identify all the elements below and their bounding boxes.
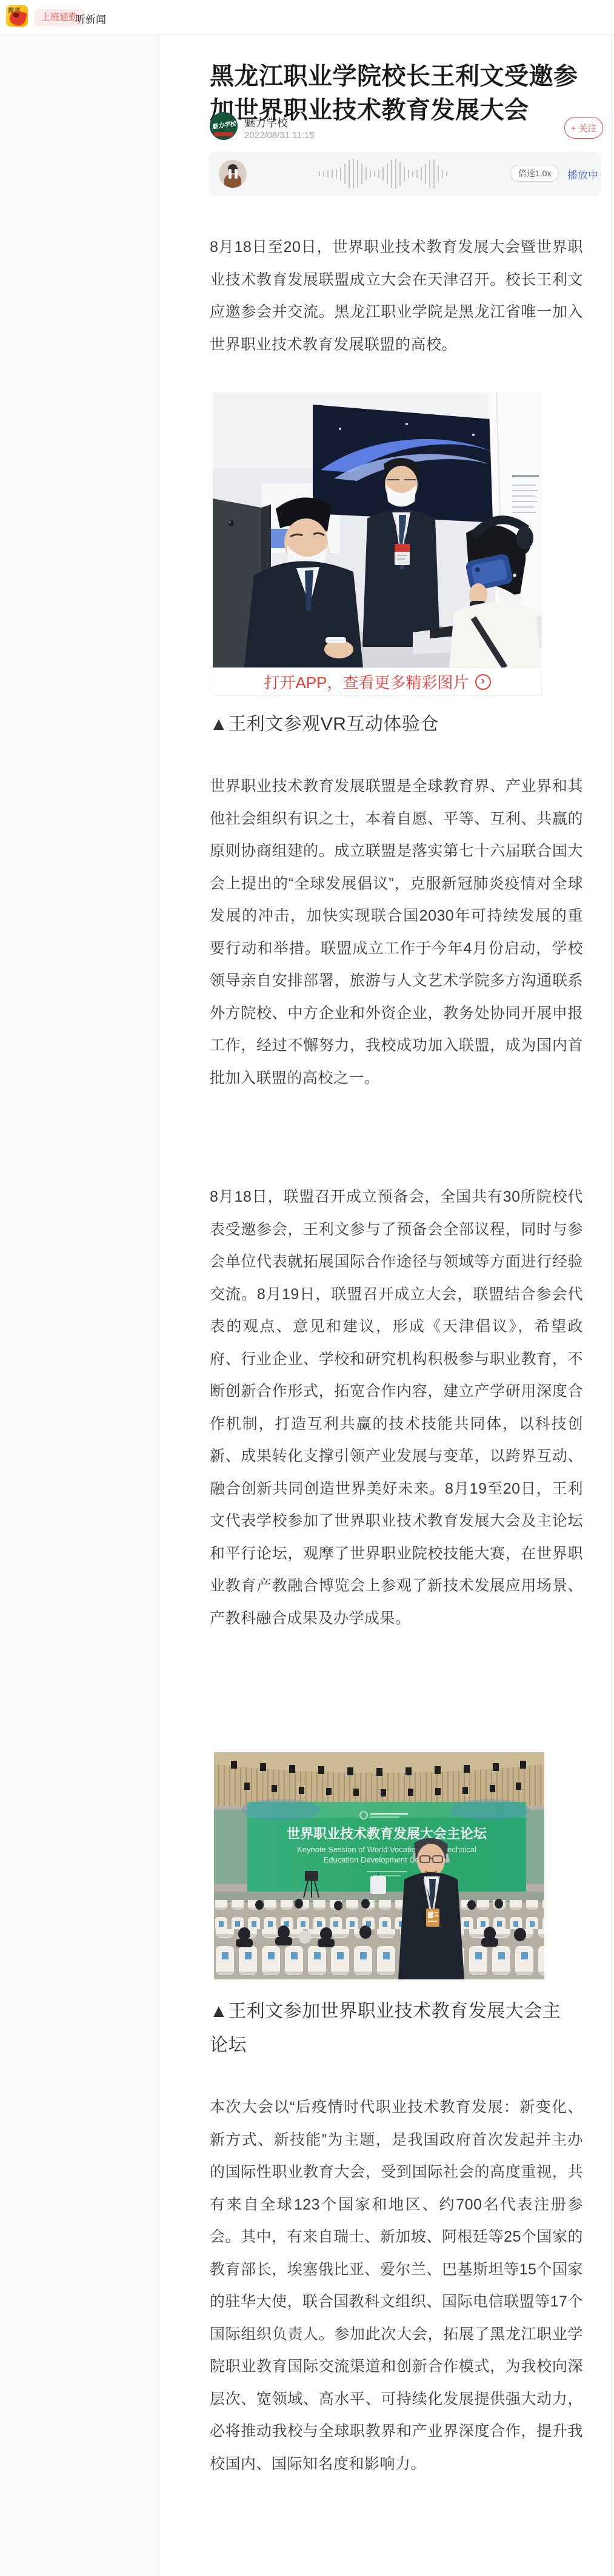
publish-date: 2022/08/31 11:15 — [244, 130, 315, 141]
audio-waveform[interactable] — [319, 159, 453, 189]
top-bar: 搜狐 上班通勤 听新闻 — [0, 0, 614, 35]
audio-player: 倍速1.0x 播放中 — [209, 152, 601, 196]
open-app-arrow-icon: › — [475, 674, 491, 690]
author-avatar-text: 魅力学校 — [210, 118, 238, 131]
open-app-banner[interactable]: 打开APP，查看更多精彩图片 › — [213, 667, 542, 696]
open-app-label: 打开APP，查看更多精彩图片 — [264, 670, 469, 693]
article-paragraph: 世界职业技术教育发展联盟是全球教育界、产业界和其他社会组织有识之士，本着自愿、平… — [210, 770, 583, 1094]
figure-caption: ▲王利文参加世界职业技术教育发展大会主论坛 — [210, 1995, 564, 2062]
sohu-logo[interactable]: 搜狐 — [6, 5, 28, 27]
playback-speed-button[interactable]: 倍速1.0x — [510, 165, 559, 182]
author-avatar[interactable]: 魅力学校 — [210, 112, 238, 140]
photo-vr-visit-illustration — [213, 392, 542, 667]
photo2-screen-title: 世界职业技术教育发展大会主论坛 — [287, 1826, 487, 1841]
audio-play-pause-button[interactable] — [219, 160, 247, 188]
author-avatar-band — [214, 132, 233, 136]
article-paragraph: 8月18日至20日，世界职业技术教育发展大会暨世界职业技术教育发展联盟成立大会在… — [210, 231, 583, 361]
photo-conference-hall-illustration: 世界职业技术教育发展大会主论坛 Keynote Session of World… — [214, 1752, 544, 1979]
photo-conference-hall[interactable]: 世界职业技术教育发展大会主论坛 Keynote Session of World… — [214, 1752, 544, 1979]
author-name[interactable]: 魅力学校 — [244, 114, 288, 130]
pause-icon — [219, 160, 247, 188]
player-divider — [558, 164, 558, 184]
follow-button[interactable]: + 关注 — [564, 117, 603, 139]
article-paragraph: 本次大会以“后疫情时代职业技术教育发展：新变化、新方式、新技能”为主题，是我国政… — [210, 2091, 583, 2480]
article-card: 黑龙江职业学院校长王利文受邀参加世界职业技术教育发展大会 魅力学校 魅力学校 2… — [159, 35, 612, 2576]
photo-vr-visit[interactable] — [213, 392, 542, 667]
playing-status[interactable]: 播放中 — [567, 167, 598, 182]
listen-news-button[interactable]: 听新闻 — [75, 11, 106, 26]
photo2-screen-subtitle-1: Keynote Session of World Vocational and … — [297, 1845, 476, 1854]
figure-caption: ▲王利文参观VR互动体验仓 — [210, 707, 564, 741]
article-paragraph: 8月18日，联盟召开成立预备会，全国共有30所院校代表受邀参会，王利文参与了预备… — [210, 1181, 583, 1635]
